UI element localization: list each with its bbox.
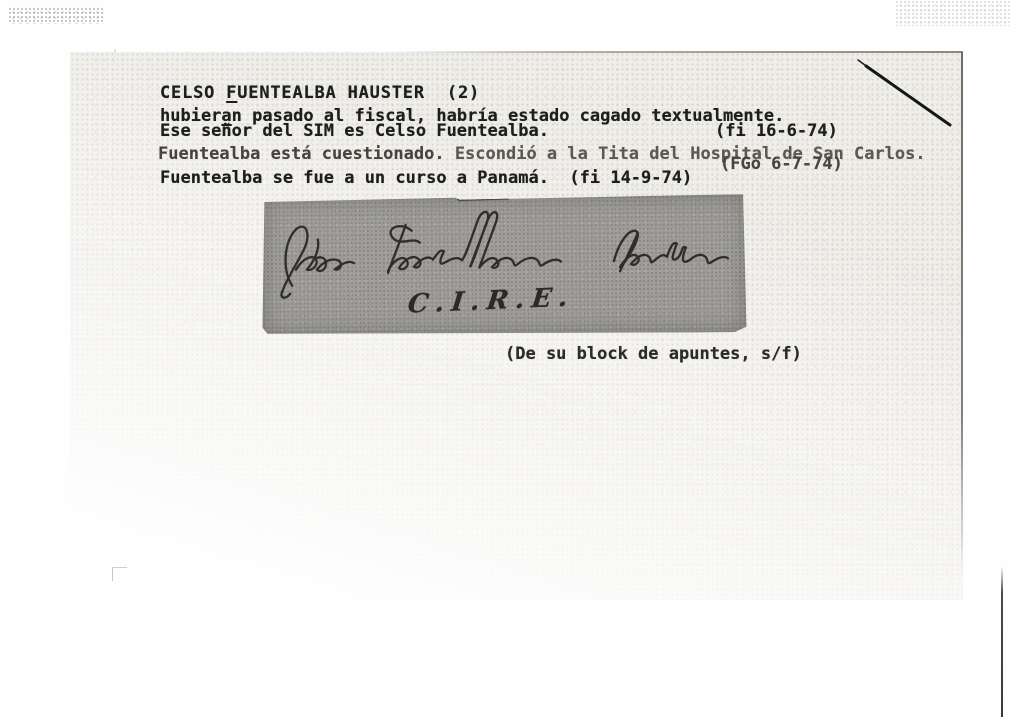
signature-clipping: C.I.R.E. bbox=[261, 194, 746, 336]
card-top-edge bbox=[395, 51, 963, 53]
scan-smudge-top-left bbox=[8, 7, 104, 24]
scan-smudge-top-right bbox=[895, 0, 1010, 26]
card-right-edge bbox=[961, 52, 963, 574]
line3-second: Escondió a la Tita del Hospital de San C… bbox=[455, 144, 926, 164]
date-annotation-2: (FGo 6-7-74) bbox=[720, 156, 843, 173]
title-pre: CELSO bbox=[160, 83, 226, 103]
diagonal-pen-mark bbox=[852, 54, 960, 132]
scanned-document-page: CELSO FUENTEALBA HAUSTER (2) hubieran pa… bbox=[0, 0, 1012, 717]
body-line-5: Fuentealba se fue a un curso a Panamá. (… bbox=[160, 170, 692, 187]
source-caption: (De su block de apuntes, s/f) bbox=[505, 346, 802, 363]
title-underlined-letter: F bbox=[226, 83, 237, 103]
date-annotation-1: (fi 16-6-74) bbox=[715, 123, 838, 140]
title-rest: UENTEALBA HAUSTER (2) bbox=[237, 83, 480, 103]
page-edge-line bbox=[1001, 566, 1003, 717]
organization-handwriting: C.I.R.E. bbox=[406, 283, 576, 320]
body-line-2: Ese señor del SIM es Celso Fuentealba. bbox=[160, 123, 549, 140]
card-title: CELSO FUENTEALBA HAUSTER (2) bbox=[160, 85, 480, 102]
line3-first: Fuentealba está cuestionado. bbox=[158, 144, 455, 164]
